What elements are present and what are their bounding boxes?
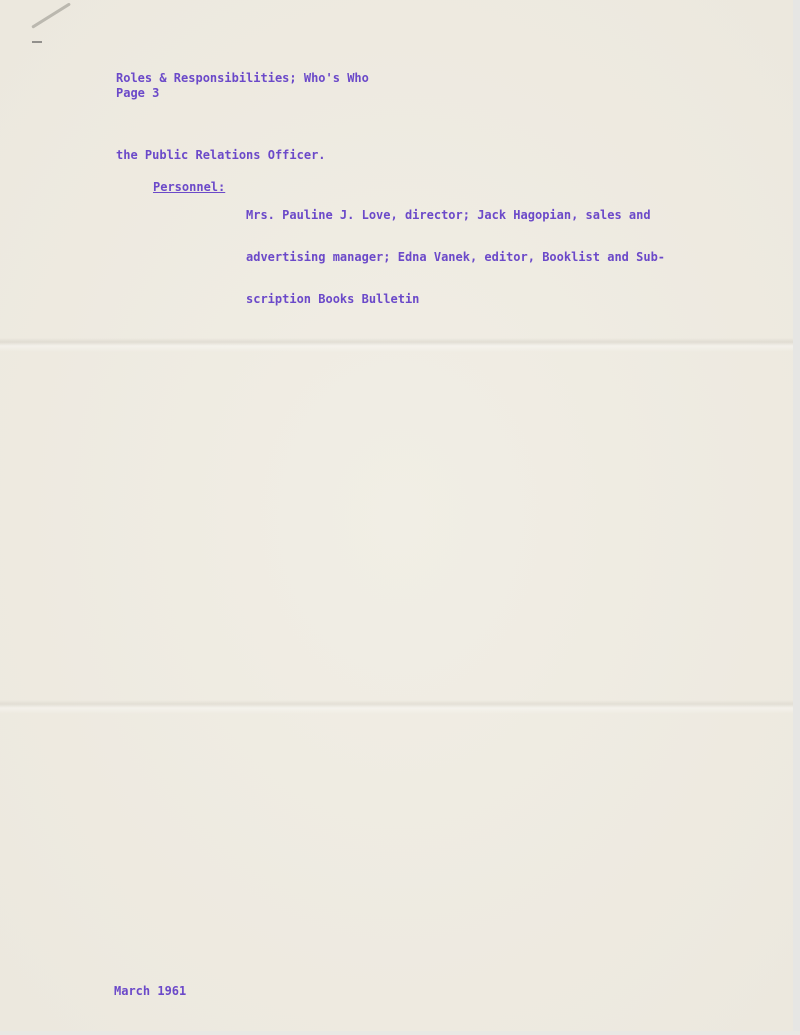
pencil-mark xyxy=(31,2,71,28)
personnel-line: scription Books Bulletin xyxy=(246,292,665,306)
document-page: Roles & Responsibilities; Who's Who Page… xyxy=(0,0,800,1035)
personnel-list: Mrs. Pauline J. Love, director; Jack Hag… xyxy=(246,180,665,334)
footer-date: March 1961 xyxy=(114,984,186,998)
personnel-line: advertising manager; Edna Vanek, editor,… xyxy=(246,250,665,264)
personnel-label: Personnel: xyxy=(153,180,225,194)
intro-text: the Public Relations Officer. xyxy=(116,148,326,162)
personnel-line: Mrs. Pauline J. Love, director; Jack Hag… xyxy=(246,208,665,222)
document-header-title: Roles & Responsibilities; Who's Who xyxy=(116,71,369,85)
page-edge-bottom xyxy=(0,1031,800,1035)
page-edge-right xyxy=(793,0,800,1035)
pencil-mark-small xyxy=(32,41,42,43)
document-page-number: Page 3 xyxy=(116,86,159,100)
